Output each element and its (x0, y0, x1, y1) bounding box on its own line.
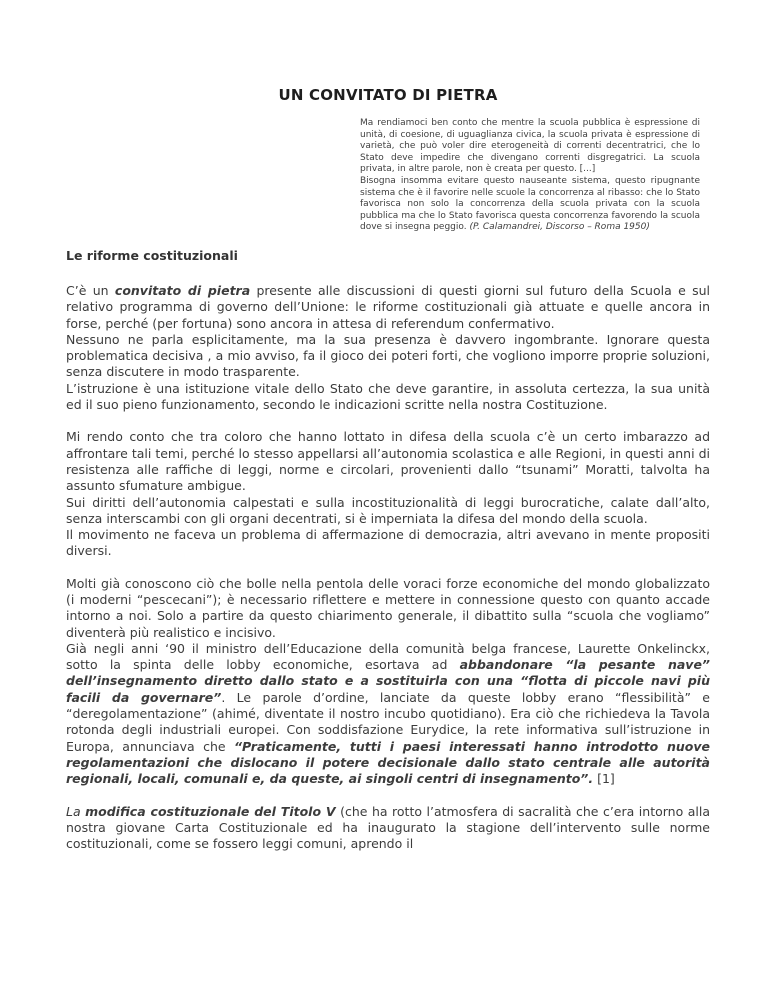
body-paragraph-2: Mi rendo conto che tra coloro che hanno … (66, 429, 710, 559)
text-run: Mi rendo conto che tra coloro che hanno … (66, 429, 710, 558)
body-paragraph-4: La modifica costituzionale del Titolo V … (66, 804, 710, 853)
epigraph-quote: Ma rendiamoci ben conto che mentre la sc… (360, 118, 700, 234)
section-heading: Le riforme costituzionali (66, 248, 710, 263)
document-page: UN CONVITATO DI PIETRA Ma rendiamoci ben… (0, 0, 768, 994)
text-run: Ma rendiamoci ben conto che mentre la sc… (360, 118, 700, 174)
text-run: convitato di pietra (115, 283, 250, 298)
document-title: UN CONVITATO DI PIETRA (66, 86, 710, 104)
text-run: C’è un (66, 283, 115, 298)
text-run: modifica costituzionale del Titolo V (85, 804, 335, 819)
quote-paragraph-2: Bisogna insomma evitare questo nauseante… (360, 176, 700, 234)
body-paragraph-3: Molti già conoscono ciò che bolle nella … (66, 576, 710, 788)
text-run: presente alle discussioni di questi gior… (66, 283, 710, 412)
body-paragraph-1: C’è un convitato di pietra presente alle… (66, 283, 710, 413)
quote-paragraph-1: Ma rendiamoci ben conto che mentre la sc… (360, 118, 700, 176)
text-run: La (66, 804, 85, 819)
text-run: [1] (593, 771, 615, 786)
text-run: (P. Calamandrei, Discorso – Roma 1950) (469, 222, 649, 232)
